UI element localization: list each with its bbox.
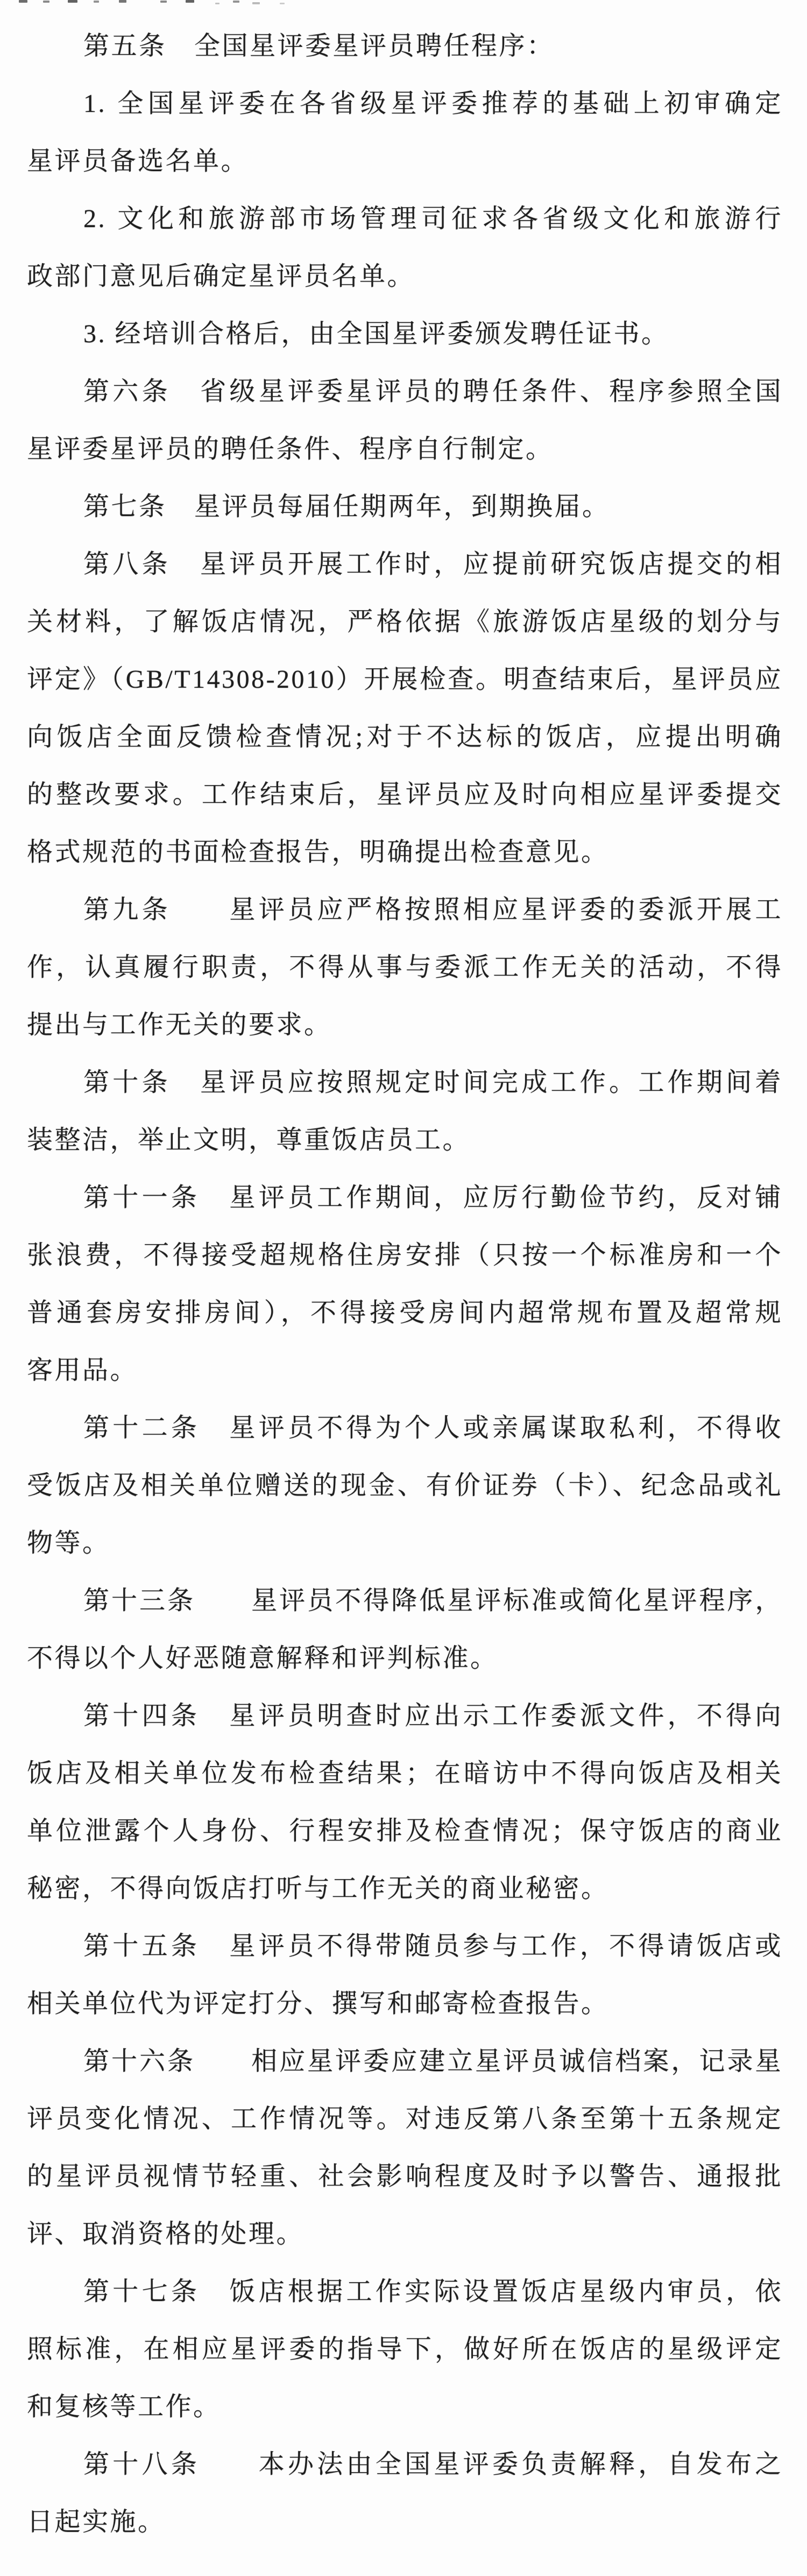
clipped-glyph-tip bbox=[233, 1, 239, 3]
text-line: 饭店及相关单位发布检查结果；在暗访中不得向饭店及相关 bbox=[27, 1745, 783, 1802]
text-line: 第十六条 相应星评委应建立星评员诚信档案，记录星 bbox=[27, 2032, 783, 2090]
text-line: 第八条 星评员开展工作时，应提前研究饭店提交的相 bbox=[27, 535, 783, 593]
text-line: 客用品。 bbox=[27, 1342, 783, 1399]
text-line: 第十五条 星评员不得带随员参与工作，不得请饭店或 bbox=[27, 1917, 783, 1975]
clipped-glyph-tip bbox=[160, 1, 167, 3]
text-line: 星评员备选名单。 bbox=[27, 132, 783, 190]
text-line: 第十一条 星评员工作期间，应厉行勤俭节约，反对铺 bbox=[27, 1169, 783, 1226]
text-line: 评员变化情况、工作情况等。对违反第八条至第十五条规定 bbox=[27, 2090, 783, 2148]
text-line: 第十二条 星评员不得为个人或亲属谋取私利，不得收 bbox=[27, 1399, 783, 1457]
text-line: 星评委星评员的聘任条件、程序自行制定。 bbox=[27, 420, 783, 478]
text-line: 不得以个人好恶随意解释和评判标准。 bbox=[27, 1629, 783, 1687]
clipped-glyph-tip bbox=[280, 3, 285, 4]
text-line: 照标准，在相应星评委的指导下，做好所在饭店的星级评定 bbox=[27, 2320, 783, 2378]
clipped-glyph-tip bbox=[19, 0, 27, 3]
text-line: 秘密，不得向饭店打听与工作无关的商业秘密。 bbox=[27, 1860, 783, 1917]
text-line: 3. 经培训合格后，由全国星评委颁发聘任证书。 bbox=[27, 305, 783, 363]
clipped-glyph-tip bbox=[252, 2, 260, 4]
text-line: 提出与工作无关的要求。 bbox=[27, 996, 783, 1054]
text-line: 评定》（GB/T14308-2010）开展检查。明查结束后，星评员应 bbox=[27, 651, 783, 708]
clipped-glyph-tip bbox=[186, 0, 194, 3]
text-line: 物等。 bbox=[27, 1514, 783, 1572]
text-line: 第十四条 星评员明查时应出示工作委派文件，不得向 bbox=[27, 1687, 783, 1745]
text-line: 第十条 星评员应按照规定时间完成工作。工作期间着 bbox=[27, 1054, 783, 1111]
text-line: 格式规范的书面检查报告，明确提出检查意见。 bbox=[27, 823, 783, 881]
text-line: 第十七条 饭店根据工作实际设置饭店星级内审员，依 bbox=[27, 2263, 783, 2320]
text-line: 第六条 省级星评委星评员的聘任条件、程序参照全国 bbox=[27, 363, 783, 420]
text-line: 张浪费，不得接受超规格住房安排（只按一个标准房和一个 bbox=[27, 1226, 783, 1284]
text-line: 第五条 全国星评委星评员聘任程序： bbox=[27, 17, 783, 75]
text-line: 向饭店全面反馈检查情况;对于不达标的饭店，应提出明确 bbox=[27, 708, 783, 766]
text-line: 评、取消资格的处理。 bbox=[27, 2205, 783, 2263]
clipped-glyph-tip bbox=[119, 0, 126, 3]
text-line: 关材料，了解饭店情况，严格依据《旅游饭店星级的划分与 bbox=[27, 593, 783, 651]
text-line: 和复核等工作。 bbox=[27, 2378, 783, 2436]
text-line: 日起实施。 bbox=[27, 2493, 783, 2551]
clipped-glyph-tip bbox=[43, 1, 49, 3]
text-line: 政部门意见后确定星评员名单。 bbox=[27, 248, 783, 305]
text-line: 的星评员视情节轻重、社会影响程度及时予以警告、通报批 bbox=[27, 2148, 783, 2205]
clipped-glyph-tip bbox=[68, 0, 77, 3]
text-line: 2. 文化和旅游部市场管理司征求各省级文化和旅游行 bbox=[27, 190, 783, 248]
text-line: 的整改要求。工作结束后，星评员应及时向相应星评委提交 bbox=[27, 766, 783, 823]
document-page: 第五条 全国星评委星评员聘任程序：1. 全国星评委在各省级星评委推荐的基础上初审… bbox=[0, 0, 807, 2576]
clipped-top-line-remnants bbox=[0, 0, 807, 5]
text-line: 第十八条 本办法由全国星评委负责解释，自发布之 bbox=[27, 2436, 783, 2493]
text-line: 装整洁，举止文明，尊重饭店员工。 bbox=[27, 1111, 783, 1169]
text-line: 1. 全国星评委在各省级星评委推荐的基础上初审确定 bbox=[27, 75, 783, 132]
text-line: 第九条 星评员应严格按照相应星评委的委派开展工 bbox=[27, 881, 783, 938]
clipped-glyph-tip bbox=[215, 3, 220, 4]
text-line: 第十三条 星评员不得降低星评标准或简化星评程序， bbox=[27, 1572, 783, 1629]
regulation-text-block: 第五条 全国星评委星评员聘任程序：1. 全国星评委在各省级星评委推荐的基础上初审… bbox=[0, 17, 807, 2551]
text-line: 受饭店及相关单位赠送的现金、有价证券（卡）、纪念品或礼 bbox=[27, 1457, 783, 1514]
text-line: 普通套房安排房间），不得接受房间内超常规布置及超常规 bbox=[27, 1284, 783, 1342]
text-line: 相关单位代为评定打分、撰写和邮寄检查报告。 bbox=[27, 1975, 783, 2032]
text-line: 第七条 星评员每届任期两年，到期换届。 bbox=[27, 478, 783, 535]
text-line: 单位泄露个人身份、行程安排及检查情况；保守饭店的商业 bbox=[27, 1802, 783, 1860]
clipped-glyph-tip bbox=[94, 1, 99, 3]
text-line: 作，认真履行职责，不得从事与委派工作无关的活动，不得 bbox=[27, 938, 783, 996]
